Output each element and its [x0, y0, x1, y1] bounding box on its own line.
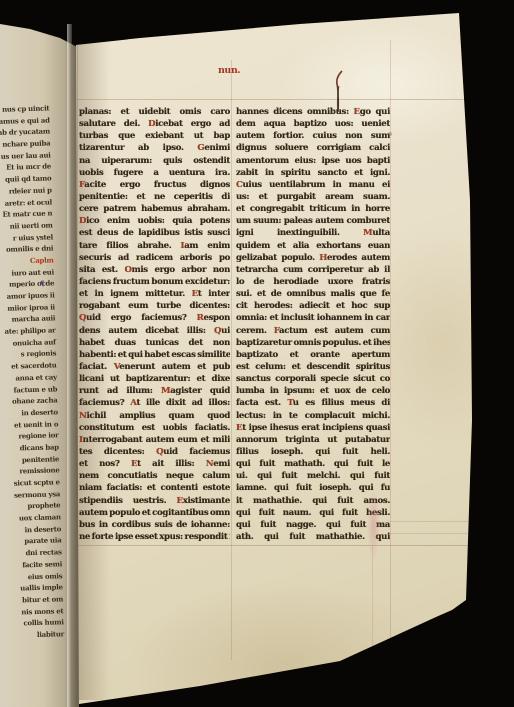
text-line: turbas que exiebant ut bap — [79, 130, 230, 142]
text-line: ui. qui fuit melchi. qui fuit — [236, 470, 390, 482]
text-line: ne forte ipse esset xpus: respondit io — [79, 531, 230, 543]
text-line: amentorum eius: ipse uos bapti — [236, 155, 390, 167]
text-line: faciat. Venerunt autem et pub — [79, 361, 230, 373]
text-line: est celum: et descendit spiritus — [236, 361, 390, 373]
text-line: faciemus? At ille dixit ad illos: — [79, 397, 230, 409]
manuscript-photograph: nus cp uincitamus e qui adab dr yucatamn… — [0, 0, 514, 707]
text-line: niam faciatis: et contenti estote — [79, 482, 230, 494]
text-line: autem fortior. cuius non sum — [236, 130, 390, 142]
ruling-line-horizontal-bottom — [77, 545, 471, 546]
text-line: licani ut baptizarentur: et dixe — [79, 373, 230, 385]
text-line: igni inextinguibili. Multa — [236, 227, 390, 239]
text-line: salutare dei. Dicebat ergo ad — [79, 118, 230, 130]
text-line: rogabant eum turbe dicentes: — [79, 300, 230, 312]
text-line: qui fuit mathath. qui fuit le — [236, 458, 390, 470]
text-line: sui. et de omnibus malis que fe — [236, 288, 390, 300]
text-line: omnia: et inclusit iohannem in car — [236, 312, 390, 324]
text-line: annorum triginta ut putabatur — [236, 434, 390, 446]
text-line: Et ipse ihesus erat incipiens quasi — [236, 422, 390, 434]
text-line: quidem et alia exhortans euan — [236, 240, 390, 252]
text-line: us: et purgabit aream suam. — [236, 191, 390, 203]
text-line: penitentie: et ne ceperitis di — [79, 191, 230, 203]
text-line: iamne. qui fuit ioseph. qui fu — [236, 482, 390, 494]
text-line: baptizaretur omnis populus. et ihesu — [236, 337, 390, 349]
text-line: habet duas tunicas det non — [79, 337, 230, 349]
page-fold-highlight — [67, 24, 72, 707]
text-line: tes dicentes: Quid faciemus — [79, 446, 230, 458]
text-line: filius ioseph. qui fuit heli. — [236, 446, 390, 458]
text-line: cere patrem habemus abraham. — [79, 203, 230, 215]
text-line: nem concutiatis neque calum — [79, 470, 230, 482]
text-line: facta est. Tu es filius meus di — [236, 397, 390, 409]
text-line: et in ignem mittetur. Et inter — [79, 288, 230, 300]
text-line: zabit in spiritu sancto et igni. — [236, 167, 390, 179]
text-line: securis ad radicem arboris po — [79, 252, 230, 264]
text-line: um suum: paleas autem comburet — [236, 215, 390, 227]
text-line: Interrogabant autem eum et mili — [79, 434, 230, 446]
ruling-line-horizontal-top — [77, 99, 467, 100]
text-line: faciens fructum bonum excidetur: — [79, 276, 230, 288]
text-line: Nichil amplius quam quod — [79, 410, 230, 422]
text-line: uobis fugere a uentura ira. — [79, 167, 230, 179]
text-line: bus in cordibus suis de iohanne: — [79, 519, 230, 531]
text-line: est deus de lapidibus istis susci — [79, 227, 230, 239]
text-line: cerem. Factum est autem cum — [236, 325, 390, 337]
text-line: dignus soluere corrigiam calci — [236, 142, 390, 154]
text-line: Facite ergo fructus dignos — [79, 179, 230, 191]
ink-speck — [388, 132, 392, 136]
facing-text-line: liabitur — [7, 629, 74, 643]
text-line: baptizato et orante apertum — [236, 349, 390, 361]
text-line: cit herodes: adiecit et hoc sup — [236, 300, 390, 312]
text-line: sanctus corporali specie sicut co — [236, 373, 390, 385]
text-line: habenti: et qui habet escas similiter — [79, 349, 230, 361]
text-line: stipendiis uestris. Existimante — [79, 495, 230, 507]
text-line: et congregabit triticum in horre — [236, 203, 390, 215]
quire-mark-rubric: nun. — [218, 65, 240, 76]
ruling-line-horizontal-margin-2 — [390, 533, 470, 534]
text-line: Dico enim uobis: quia potens — [79, 215, 230, 227]
text-line: it mathathie. qui fuit amos. — [236, 495, 390, 507]
text-line: planas: et uidebit omis caro — [79, 106, 230, 118]
text-line: et nos? Et ait illis: Nemi — [79, 458, 230, 470]
text-line: autem populo et cogitantibus omni — [79, 507, 230, 519]
text-line: tizarentur ab ipso. Genimi — [79, 142, 230, 154]
ruling-line-horizontal-margin-1 — [390, 521, 470, 522]
right-column: hannes dicens omnibus: Ego quidem aqua b… — [236, 106, 390, 543]
text-line: lectus: in te complacuit michi. — [236, 410, 390, 422]
text-line: gelizabat populo. Herodes autem — [236, 252, 390, 264]
text-line: tare filios abrahe. Iam enim — [79, 240, 230, 252]
ruling-line-vertical-center — [231, 60, 232, 660]
text-line: runt ad illum: Magister quid — [79, 385, 230, 397]
text-line: Cuius uentilabrum in manu ei — [236, 179, 390, 191]
text-line: Quid ergo faciemus? Respon — [79, 312, 230, 324]
text-line: tetrarcha cum corriperetur ab il — [236, 264, 390, 276]
pink-smudge-stain — [367, 490, 380, 560]
text-line: na uiperarum: quis ostendit — [79, 155, 230, 167]
text-line: hannes dicens omnibus: Ego qui — [236, 106, 390, 118]
ruling-line-vertical-bottom-margin — [372, 545, 373, 655]
text-line: lo de herodiade uxore fratris — [236, 276, 390, 288]
facing-text: nus cp uincitamus e qui adab dr yucatamn… — [0, 103, 75, 665]
left-column: planas: et uidebit omis carosalutare dei… — [79, 106, 230, 543]
text-line: dens autem dicebat illis: Qui — [79, 325, 230, 337]
text-line: sita est. Omis ergo arbor non — [79, 264, 230, 276]
text-line: constitutum est uobis faciatis. — [79, 422, 230, 434]
text-line: lumba in ipsum: et uox de celo — [236, 385, 390, 397]
text-line: dem aqua baptizo uos: ueniet — [236, 118, 390, 130]
